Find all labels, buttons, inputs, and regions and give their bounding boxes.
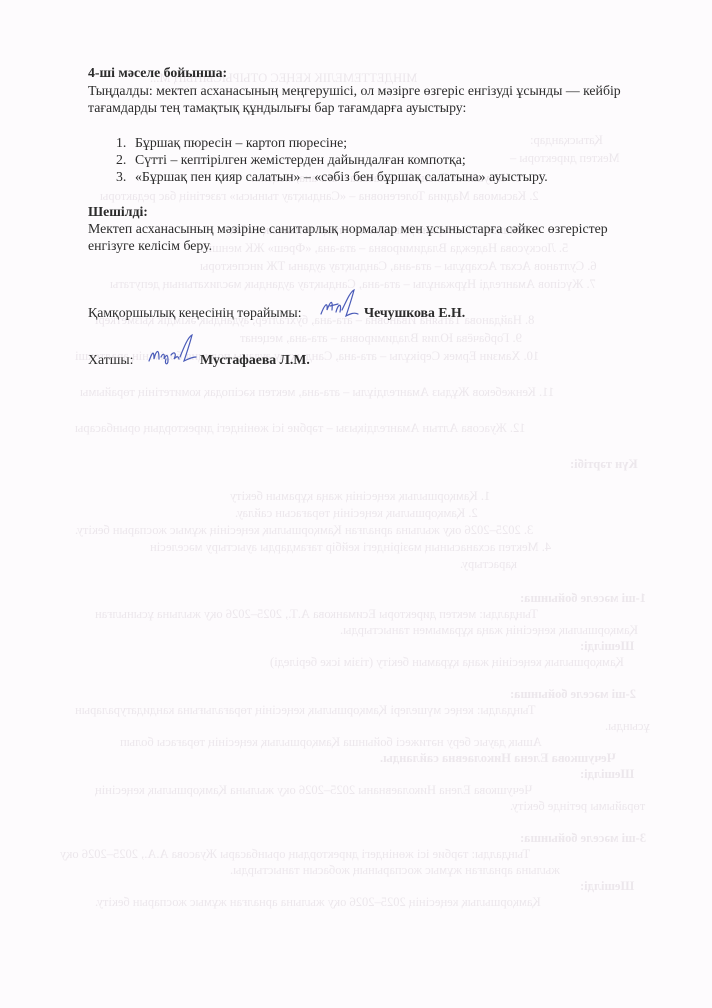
list-number: 2. bbox=[116, 151, 135, 168]
ghost-line: Тыңдалды: кеңес мүшелері Қамқоршылық кең… bbox=[75, 702, 535, 718]
chair-name: Чечушкова Е.Н. bbox=[364, 304, 465, 321]
ghost-line: Шешілді: bbox=[580, 878, 634, 894]
ghost-line: 6. Султанов Асхат Асхарұлы – ата-ана, Са… bbox=[200, 258, 597, 274]
ghost-line: 12. Жуасова Алтын Амангелдіқызы – тәрбие… bbox=[75, 420, 525, 436]
ghost-line: 4. Мектеп асханасының мәзіріндегі кейбір… bbox=[150, 539, 551, 555]
ghost-line: Тыңдалды: тәрбие ісі жөніндегі директорд… bbox=[60, 846, 530, 862]
ghost-line: Тыңдалды: мектеп директоры Есиманкова А.… bbox=[95, 606, 538, 622]
decision-text-line-1: Мектеп асханасының мәзіріне санитарлық н… bbox=[88, 220, 608, 237]
ghost-line: жылына арналған жұмыс жоспарының жобасын… bbox=[230, 862, 560, 878]
list-item: 1.Бұршақ пюресін – картоп пюресіне; bbox=[116, 134, 347, 151]
ghost-line: қарастыру. bbox=[460, 556, 517, 572]
ghost-line: 2. Касымова Мадина Толегеновна – «Сандық… bbox=[100, 188, 539, 204]
ghost-line: 5. Лоскусова Надежда Владимировна – ата-… bbox=[200, 240, 568, 256]
section-4-heading: 4-ші мәселе бойынша: bbox=[88, 64, 227, 81]
ghost-line: 3. 2025–2026 оқу жылына арналған Қамқорш… bbox=[75, 522, 533, 538]
list-item: 2.Сүтті – кептірілген жемістерден дайынд… bbox=[116, 151, 466, 168]
ghost-line: Мектеп директоры – bbox=[510, 150, 620, 166]
heard-text-line-1: Тыңдалды: мектеп асханасының меңгерушісі… bbox=[88, 82, 621, 99]
ghost-line: Шешілді: bbox=[580, 766, 634, 782]
ghost-line: 9. Горбачёва Юлия Владимировна – ата-ана… bbox=[240, 330, 522, 346]
list-item: 3.«Бұршақ пен қияр салатын» – «сәбіз бен… bbox=[116, 168, 548, 185]
list-text: Сүтті – кептірілген жемістерден дайындал… bbox=[135, 152, 466, 167]
ghost-line: Шешілді: bbox=[580, 638, 634, 654]
decision-heading: Шешілді: bbox=[88, 203, 148, 220]
ghost-line: ұсынды. bbox=[605, 718, 650, 734]
ghost-line: 1-ші мәселе бойынша: bbox=[520, 590, 646, 606]
ghost-line: Қамқоршылық кеңесінің жаңа құрамын бекіт… bbox=[270, 654, 624, 670]
ghost-line: 3-ші мәселе бойынша: bbox=[520, 830, 646, 846]
document-page: МІНДЕТТЕМЕЛІК КЕҢЕС ОТЫРЫСЫНЫҢ М... Қаты… bbox=[0, 0, 712, 1008]
ghost-line: 2-ші мәселе бойынша: bbox=[510, 686, 636, 702]
chair-label: Қамқоршылық кеңесінің төрайымы: bbox=[88, 304, 302, 321]
ghost-line: Чечушкова Елена Николаевнаны 2025–2026 о… bbox=[95, 782, 532, 798]
list-number: 1. bbox=[116, 134, 135, 151]
ghost-line: Күн тәртібі: bbox=[570, 456, 638, 472]
ghost-line: Қамқоршылық кеңесінің 2025–2026 оқу жылы… bbox=[95, 894, 541, 910]
chair-signature-icon bbox=[318, 288, 360, 322]
ghost-line: Чечушкова Елена Николаевна сайланды. bbox=[380, 750, 616, 766]
ghost-line: 1. Қамқоршылық кеңесінің жаңа құрамын бе… bbox=[230, 488, 490, 504]
secretary-label: Хатшы: bbox=[88, 351, 134, 368]
list-text: Бұршақ пюресін – картоп пюресіне; bbox=[135, 135, 347, 150]
list-text: «Бұршақ пен қияр салатын» – «сәбіз бен б… bbox=[135, 169, 548, 184]
secretary-signature-icon bbox=[146, 333, 198, 367]
ghost-line: Ашық дауыс беру нәтижесі бойынша Қамқорш… bbox=[120, 734, 542, 750]
ghost-line: 2. Қамқоршылық кеңесінің төрағасын сайла… bbox=[235, 505, 478, 521]
secretary-name: Мустафаева Л.М. bbox=[200, 351, 310, 368]
heard-text-line-2: тағамдарды тең тамақтық құндылығы бар та… bbox=[88, 99, 466, 116]
list-number: 3. bbox=[116, 168, 135, 185]
ghost-line: 11. Кенжебеков Жұдыз Амангелдіұлы – ата-… bbox=[80, 384, 554, 400]
ghost-line: Қамқоршылық кеңесінің жаңа құрамымен тан… bbox=[340, 622, 638, 638]
ghost-line: төрайымы ретінде бекіту. bbox=[510, 798, 645, 814]
decision-text-line-2: енгізуге келісім беру. bbox=[88, 237, 212, 254]
ghost-line: Қатысқандар: bbox=[530, 132, 603, 148]
